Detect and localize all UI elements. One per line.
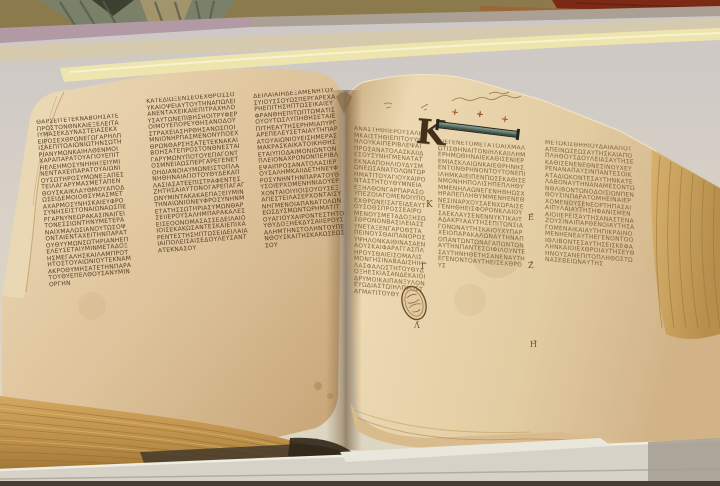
cross-icon: + (450, 109, 459, 119)
illuminated-initial-kappa: Κ (415, 115, 447, 151)
margin-siglum: Ζ̄ (528, 262, 534, 270)
cross-icon: + (500, 116, 509, 126)
right-page-column-3: ΜΕΤΩΚΙΣΘΗΗΙΟΥΔΑΙΑΑΠΟΤΑΠΕΙΝΩΣΕΩΣΑΥΤΗΣΚΑΙΑ… (545, 140, 635, 397)
photo-open-codex: ΘΑΡΣΕΙΤΕΤΕΚΝΑΒΟΗΣΑΤΕΠΡΟΣΤΟΝΘΝΚΑΙΕΞΕΛΕΙΤΑ… (0, 0, 720, 486)
margin-siglum: Ε̄ (528, 214, 534, 222)
right-page-column-2: ΑΙΕΓΕΝΕΤΟΜΕΤΑΤΟΑΙΧΜΑΛΩΤΙΣΘΗΝΑΙΤΟΝΙΗΛΚΑΙΙ… (438, 139, 526, 388)
margin-siglum: Η̄ (530, 341, 537, 349)
right-page-column-1: ΑΝΑΣΤΗΘΙΙΕΡΟΥΣΑΛΗΜΚΑΙΣΤΗΘΙΕΠΙΤΟΥΥΨΗΛΟΥΚΑ… (354, 126, 426, 376)
margin-siglum: Κ (426, 201, 433, 210)
margin-siglum: Λ̄ (414, 322, 420, 330)
margin-siglum: Γ̄ (421, 263, 427, 271)
cross-icon: + (475, 111, 484, 121)
